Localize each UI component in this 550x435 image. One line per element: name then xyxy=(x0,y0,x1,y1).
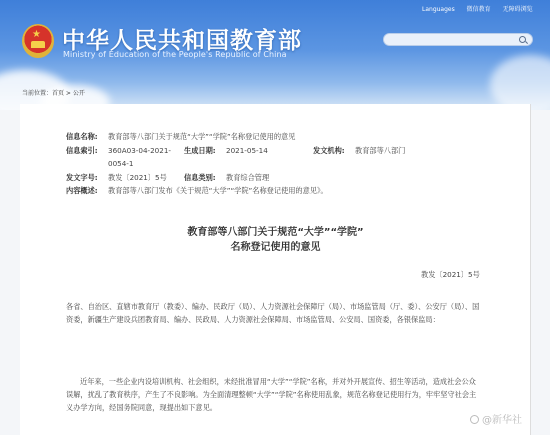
meta-row-summary: 内容概述:教育部等八部门发布《关于规范“大学”“学院”名称登记使用的意见》。 xyxy=(66,184,328,198)
meta-label: 发文字号: xyxy=(66,171,108,185)
site-subtitle: Ministry of Education of the People's Re… xyxy=(63,50,287,59)
meta-label: 发文机构: xyxy=(313,144,355,158)
cloud-decoration xyxy=(490,55,550,110)
meta-label: 信息索引: xyxy=(66,144,108,158)
meta-value: 教育部等八部门发布《关于规范“大学”“学院”名称登记使用的意见》。 xyxy=(108,186,328,195)
national-emblem-icon[interactable]: ★ xyxy=(22,24,54,58)
watermark: @新华社 xyxy=(470,411,522,426)
meta-label: 内容概述: xyxy=(66,184,108,198)
document-number: 教发〔2021〕5号 xyxy=(421,270,480,280)
title-line: 教育部等八部门关于规范“大学”“学院” xyxy=(20,225,531,240)
addressees-paragraph: 各省、自治区、直辖市教育厅（教委）、编办、民政厅（局）、人力资源社会保障厅（局）… xyxy=(66,300,482,326)
meta-row-index: 信息索引:360A03-04-2021- 生成日期:2021-05-14 发文机… xyxy=(66,144,328,158)
meta-value: 360A03-04-2021- xyxy=(108,146,171,155)
search-icon[interactable] xyxy=(519,36,526,43)
meta-label: 信息名称: xyxy=(66,130,108,144)
meta-value: 教发〔2021〕5号 xyxy=(108,173,167,182)
meta-value: 2021-05-14 xyxy=(226,146,268,155)
weibo-icon xyxy=(470,415,479,424)
accessibility-link[interactable]: 无障碍浏览 xyxy=(503,6,533,13)
languages-link[interactable]: Languages xyxy=(422,6,455,13)
title-line: 名称登记使用的意见 xyxy=(20,240,531,255)
site-header: ★ 中华人民共和国教育部 Ministry of Education of th… xyxy=(0,0,550,110)
meta-value: 教育部等八部门 xyxy=(355,146,405,155)
body-paragraph: 近年来，一些企业内设培训机构、社会组织，未经批准冒用“大学”“学院”名称，并对外… xyxy=(66,375,482,414)
meta-row-name: 信息名称:教育部等八部门关于规范“大学”“学院”名称登记使用的意见 xyxy=(66,130,328,144)
meta-value: 0054-1 xyxy=(108,159,133,168)
meta-row-index-cont: 0054-1 xyxy=(66,157,328,171)
meta-label: 生成日期: xyxy=(184,144,226,158)
breadcrumb: 当前位置：首页 > 公开 xyxy=(22,88,85,97)
meta-value: 教育部等八部门关于规范“大学”“学院”名称登记使用的意见 xyxy=(108,132,295,141)
meta-row-docno: 发文字号:教发〔2021〕5号 信息类别:教育综合管理 xyxy=(66,171,328,185)
document-meta: 信息名称:教育部等八部门关于规范“大学”“学院”名称登记使用的意见 信息索引:3… xyxy=(66,130,328,198)
search-input[interactable] xyxy=(383,33,533,46)
meta-value: 教育综合管理 xyxy=(226,173,269,182)
wechat-link[interactable]: 微信教育 xyxy=(467,6,491,13)
meta-label: 信息类别: xyxy=(184,171,226,185)
document-title: 教育部等八部门关于规范“大学”“学院” 名称登记使用的意见 xyxy=(20,225,531,255)
top-links: Languages 微信教育 无障碍浏览 xyxy=(422,4,543,13)
watermark-text: @新华社 xyxy=(482,415,522,426)
